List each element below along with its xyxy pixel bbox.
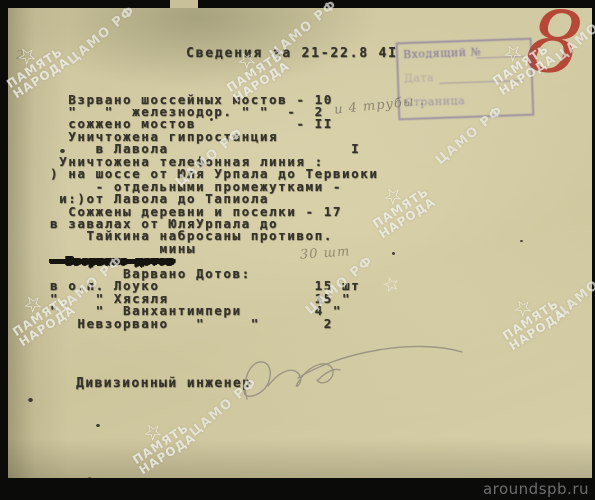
stamp-row-page: Страница [405, 94, 466, 109]
document-line: Невзорвано " " 2 [50, 318, 333, 330]
incoming-stamp: Входящий № Дата Страница [396, 38, 535, 121]
scanned-document: Сведения за 21-22.8 4I Взрвано шоссейных… [0, 0, 595, 500]
stamp-row-date: Дата [404, 71, 435, 85]
stamp-blank-line [439, 80, 523, 84]
stamp-blank-line [476, 56, 524, 59]
scan-edge-top [0, 0, 595, 8]
pencil-margin-mark: 2 [16, 48, 24, 62]
stamp-row-incoming-number: Входящий № [403, 45, 482, 61]
site-credit-watermark: aroundspb.ru [483, 480, 589, 498]
signoff-line: Дивизионный инженер [76, 376, 251, 391]
scan-edge-left [0, 0, 8, 480]
scan-edge-notch [170, 0, 198, 8]
